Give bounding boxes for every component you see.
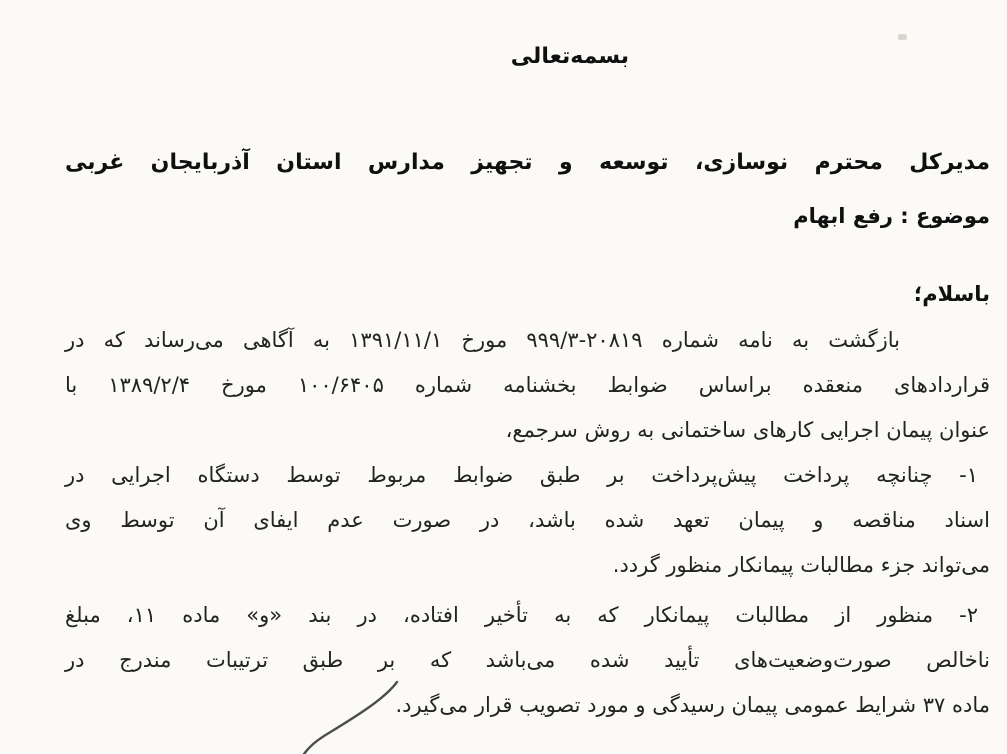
clause-2-line: ۲- منظور از مطالبات پیمانکار که به تأخیر… [65, 598, 978, 632]
recipient-line: مدیرکل محترم نوسازی، توسعه و تجهیز مدارس… [65, 146, 990, 180]
body-line: قراردادهای منعقده براساس ضوابط بخشنامه ش… [65, 368, 990, 402]
body-line: عنوان پیمان اجرایی کارهای ساختمانی به رو… [506, 413, 990, 447]
bismillah-heading: بسمه‌تعالی [511, 40, 629, 74]
body-line-opening: بازگشت به نامه شماره ۲۰۸۱۹-۹۹۹/۳ مورخ ۱۳… [65, 323, 900, 357]
clause-2-line: ناخالص صورت‌وضعیت‌های تأیید شده می‌باشد … [65, 643, 990, 677]
clause-2-line: ماده ۳۷ شرایط عمومی پیمان رسیدگی و مورد … [395, 688, 990, 722]
clause-1-line: ۱- چنانچه پرداخت پیش‌پرداخت بر طبق ضوابط… [65, 458, 978, 492]
pen-stroke-path [304, 682, 397, 754]
scanned-letter-page: بسمه‌تعالی مدیرکل محترم نوسازی، توسعه و … [0, 0, 1007, 754]
clause-1-line: می‌تواند جزء مطالبات پیمانکار منظور گردد… [613, 548, 990, 582]
handwritten-pen-stroke-mark [276, 678, 412, 754]
salutation-line: باسلام؛ [914, 277, 990, 311]
scan-artifact-speck [898, 34, 907, 40]
subject-line: موضوع : رفع ابهام [793, 199, 990, 233]
clause-1-line: اسناد مناقصه و پیمان تعهد شده باشد، در ص… [65, 503, 990, 537]
